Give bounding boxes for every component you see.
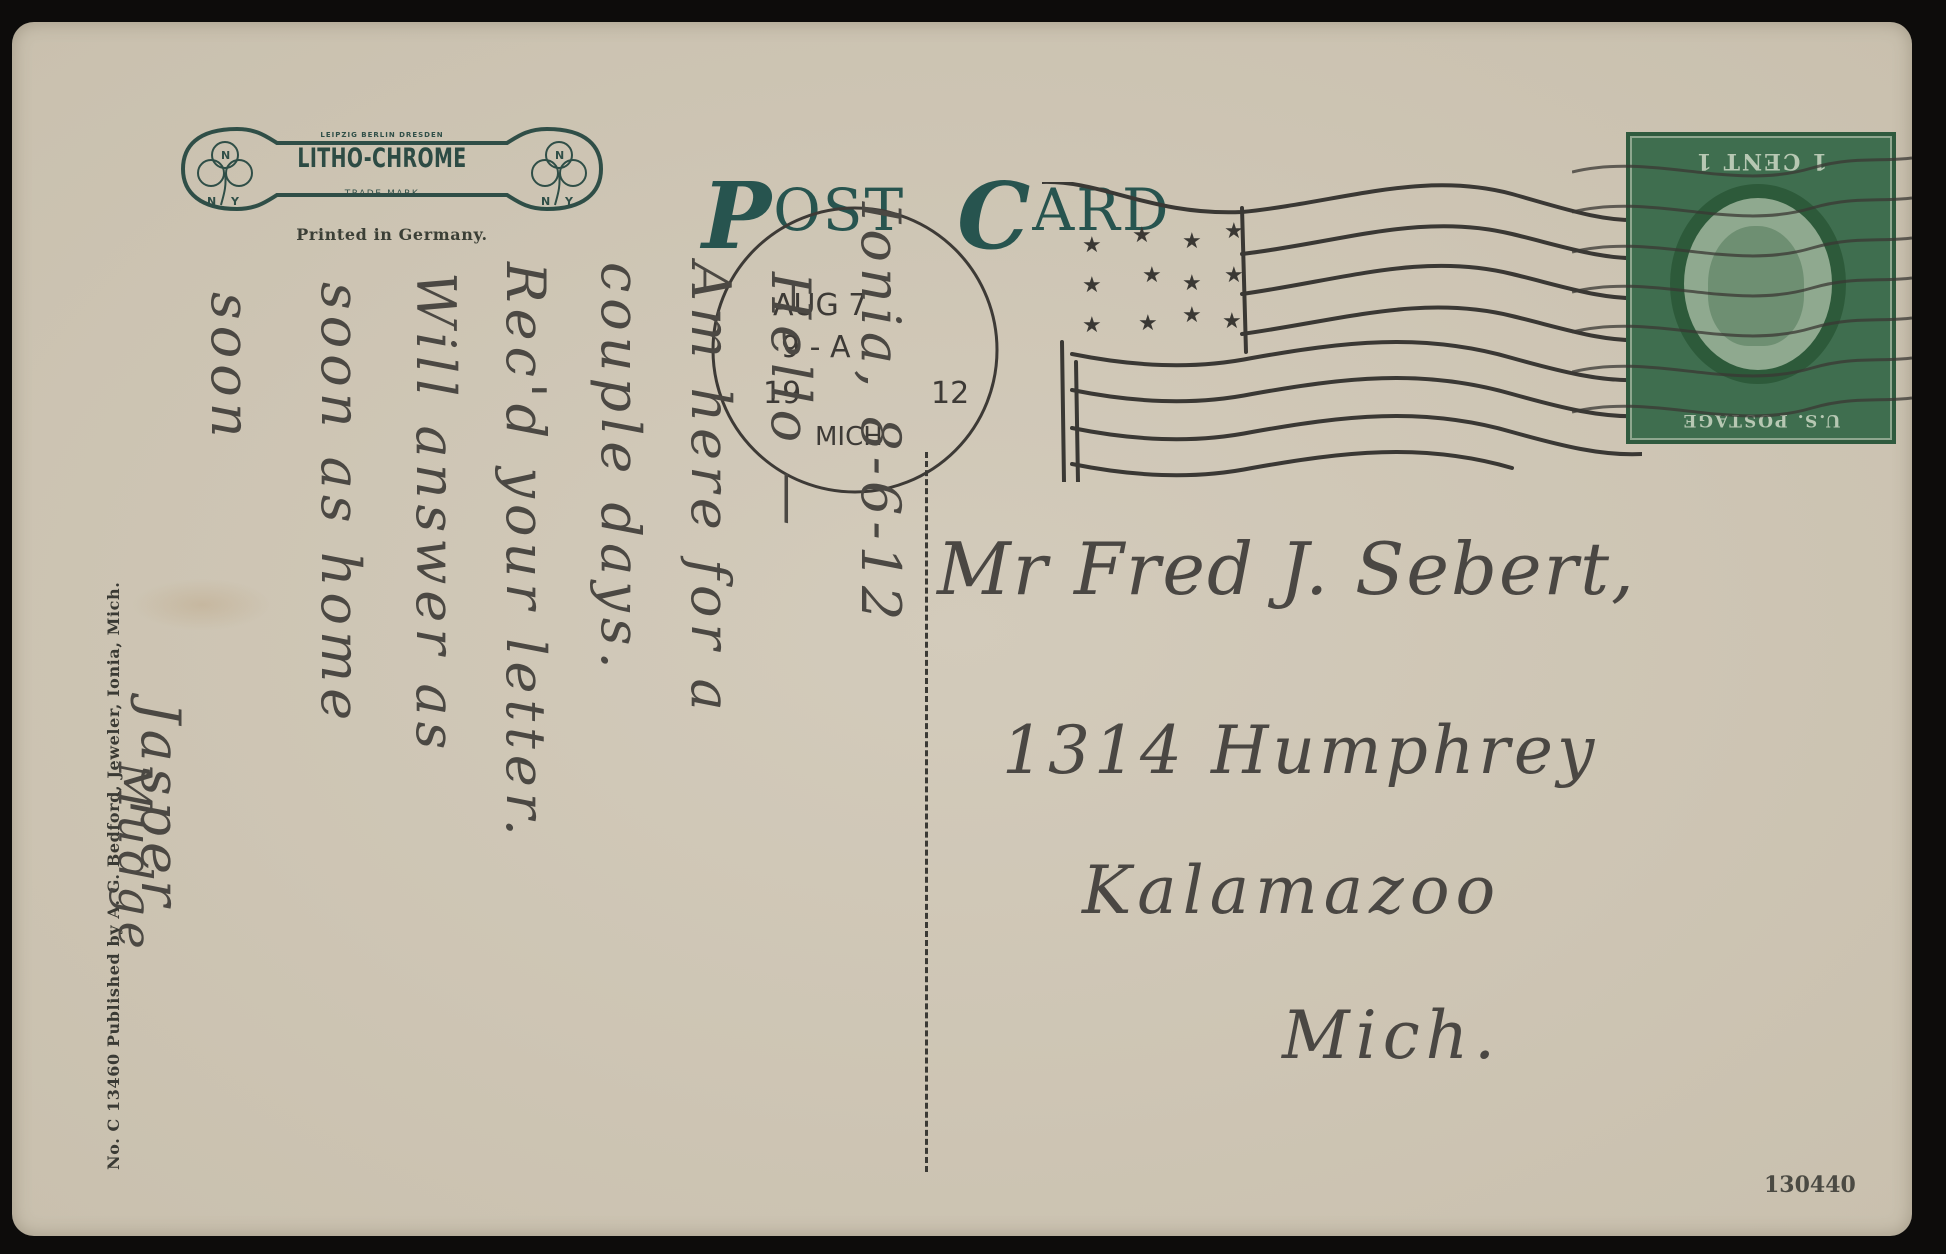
svg-text:★: ★ <box>1082 273 1102 298</box>
svg-text:N: N <box>541 195 550 208</box>
address-city: Kalamazoo <box>1082 852 1501 929</box>
litho-chrome-logo: NNY NNY LEIPZIG BERLIN DRESDEN LITHO-CHR… <box>177 117 607 257</box>
svg-text:Y: Y <box>564 195 574 208</box>
message-line: Ionia, 8-6-12 <box>849 202 912 626</box>
message-line: couple days. <box>589 262 652 675</box>
logo-cities: LEIPZIG BERLIN DRESDEN <box>307 131 457 139</box>
svg-text:★: ★ <box>1182 271 1202 296</box>
message-line: soon <box>199 292 262 444</box>
svg-text:★: ★ <box>1142 263 1162 288</box>
message-line: Am here for a <box>679 262 742 717</box>
svg-text:★: ★ <box>1222 309 1242 334</box>
svg-text:★: ★ <box>1082 233 1102 258</box>
printed-in-germany: Printed in Germany. <box>252 225 532 244</box>
postcard-back: NNY NNY LEIPZIG BERLIN DRESDEN LITHO-CHR… <box>12 22 1912 1236</box>
address-name: Mr Fred J. Sebert, <box>937 527 1636 611</box>
svg-text:★: ★ <box>1224 263 1244 288</box>
svg-text:★: ★ <box>1182 229 1202 254</box>
message-line: Rec'd your letter. <box>494 262 557 842</box>
postmark-year-right: 12 <box>931 376 969 411</box>
logo-brand: LITHO-CHROME <box>296 143 468 174</box>
logo-trademark: TRADE-MARK <box>327 189 437 199</box>
address-state: Mich. <box>1282 997 1501 1074</box>
svg-text:★: ★ <box>1082 313 1102 338</box>
svg-text:★: ★ <box>1132 223 1152 248</box>
svg-text:N: N <box>555 149 564 162</box>
svg-text:★: ★ <box>1182 303 1202 328</box>
serial-number: 130440 <box>1764 1172 1856 1198</box>
svg-text:★: ★ <box>1138 311 1158 336</box>
svg-text:N: N <box>207 195 216 208</box>
address-street: 1314 Humphrey <box>1002 712 1598 789</box>
svg-text:Y: Y <box>230 195 240 208</box>
message-signature: Mudge <box>108 762 162 955</box>
message-line: Will answer as <box>404 272 467 755</box>
message-line: Hello — <box>759 272 822 531</box>
svg-text:★: ★ <box>1224 219 1244 244</box>
flag-cancel-icon: ★★★★ ★★★★ ★★★★ <box>1042 182 1642 482</box>
wavy-cancel-lines-icon <box>1572 132 1912 462</box>
message-line: soon as home <box>309 282 372 726</box>
svg-text:N: N <box>221 149 230 162</box>
center-divider <box>925 452 928 1172</box>
